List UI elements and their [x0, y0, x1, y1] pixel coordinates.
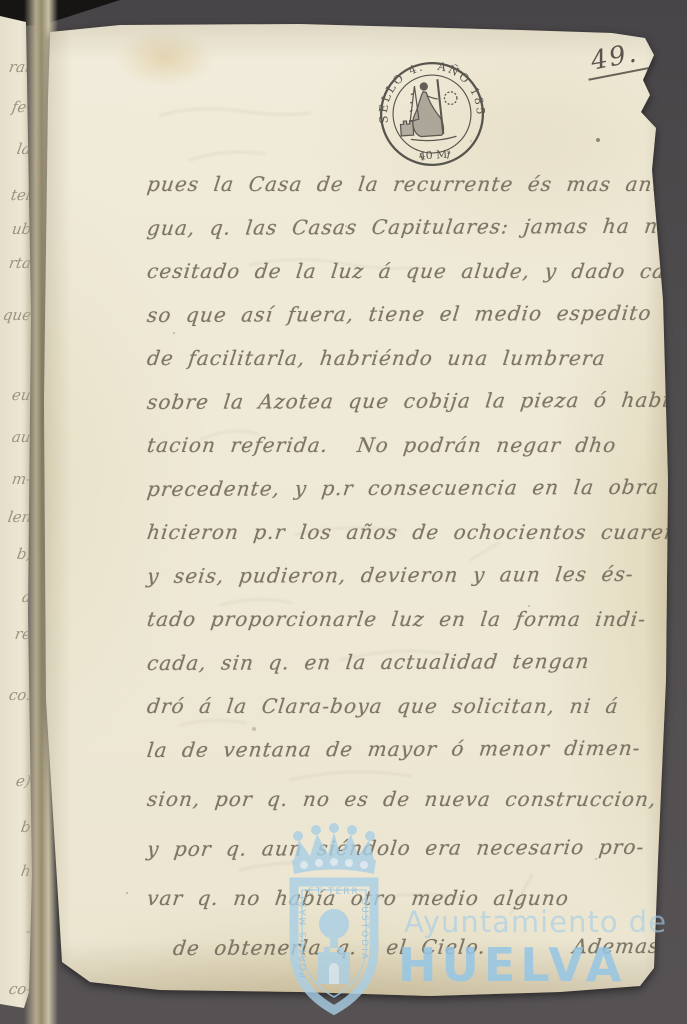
manuscript-line: pues la Casa de la recurrente és mas ant…	[143, 172, 673, 216]
paper-specks	[40, 20, 42, 22]
manuscript-line: sobre la Azotea que cobija la pieza ó ha…	[143, 387, 673, 433]
manuscript-line: cada, sin q. en la actualidad tengan	[143, 648, 673, 694]
scanned-document-page: ratfe-latelubrtaqueeuaum-lenb,areco.e)bh…	[0, 0, 687, 1024]
manuscript: pues la Casa de la recurrente és mas ant…	[146, 172, 671, 979]
manuscript-page: SELLO 4.° AÑO 1850. 40 Mˢ	[40, 20, 676, 1010]
manuscript-line: cesitado de la luz á que alude, y dado c…	[143, 259, 673, 303]
manuscript-line: hicieron p.r los años de ochocientos cua…	[143, 520, 673, 564]
manuscript-line: de facilitarla, habriéndo una lumbrera	[143, 346, 673, 390]
folio-number: 49.	[582, 36, 650, 80]
manuscript-line: precedente, y p.r consecuencia en la obr…	[143, 474, 673, 520]
manuscript-line: tacion referida. No podrán negar dho	[143, 433, 673, 477]
manuscript-line: de obtenerla q. el Cielo. Ademas	[169, 933, 673, 979]
revenue-stamp: SELLO 4.° AÑO 1850. 40 Mˢ	[374, 56, 489, 171]
manuscript-line: la de ventana de mayor ó menor dimen-	[143, 735, 673, 781]
stamp-figure-icon	[397, 78, 459, 143]
manuscript-line: y por q. aun siéndolo era necesario pro-	[143, 834, 673, 880]
manuscript-line: tado proporcionarle luz en la forma indi…	[143, 607, 673, 651]
manuscript-line: dró á la Clara-boya que solicitan, ni á	[143, 694, 673, 738]
manuscript-line: sion, por q. no es de nueva construccion…	[143, 787, 673, 831]
manuscript-line: y seis, pudieron, devieron y aun les és-	[143, 561, 673, 607]
manuscript-line: so que así fuera, tiene el medio espedit…	[143, 300, 673, 346]
manuscript-line: gua, q. las Casas Capitulares: jamas ha …	[143, 213, 673, 259]
stamp-denomination: 40 Mˢ	[418, 147, 451, 162]
manuscript-line: var q. no había otro medio alguno	[143, 886, 673, 930]
page-wrap: SELLO 4.° AÑO 1850. 40 Mˢ	[40, 20, 676, 1010]
